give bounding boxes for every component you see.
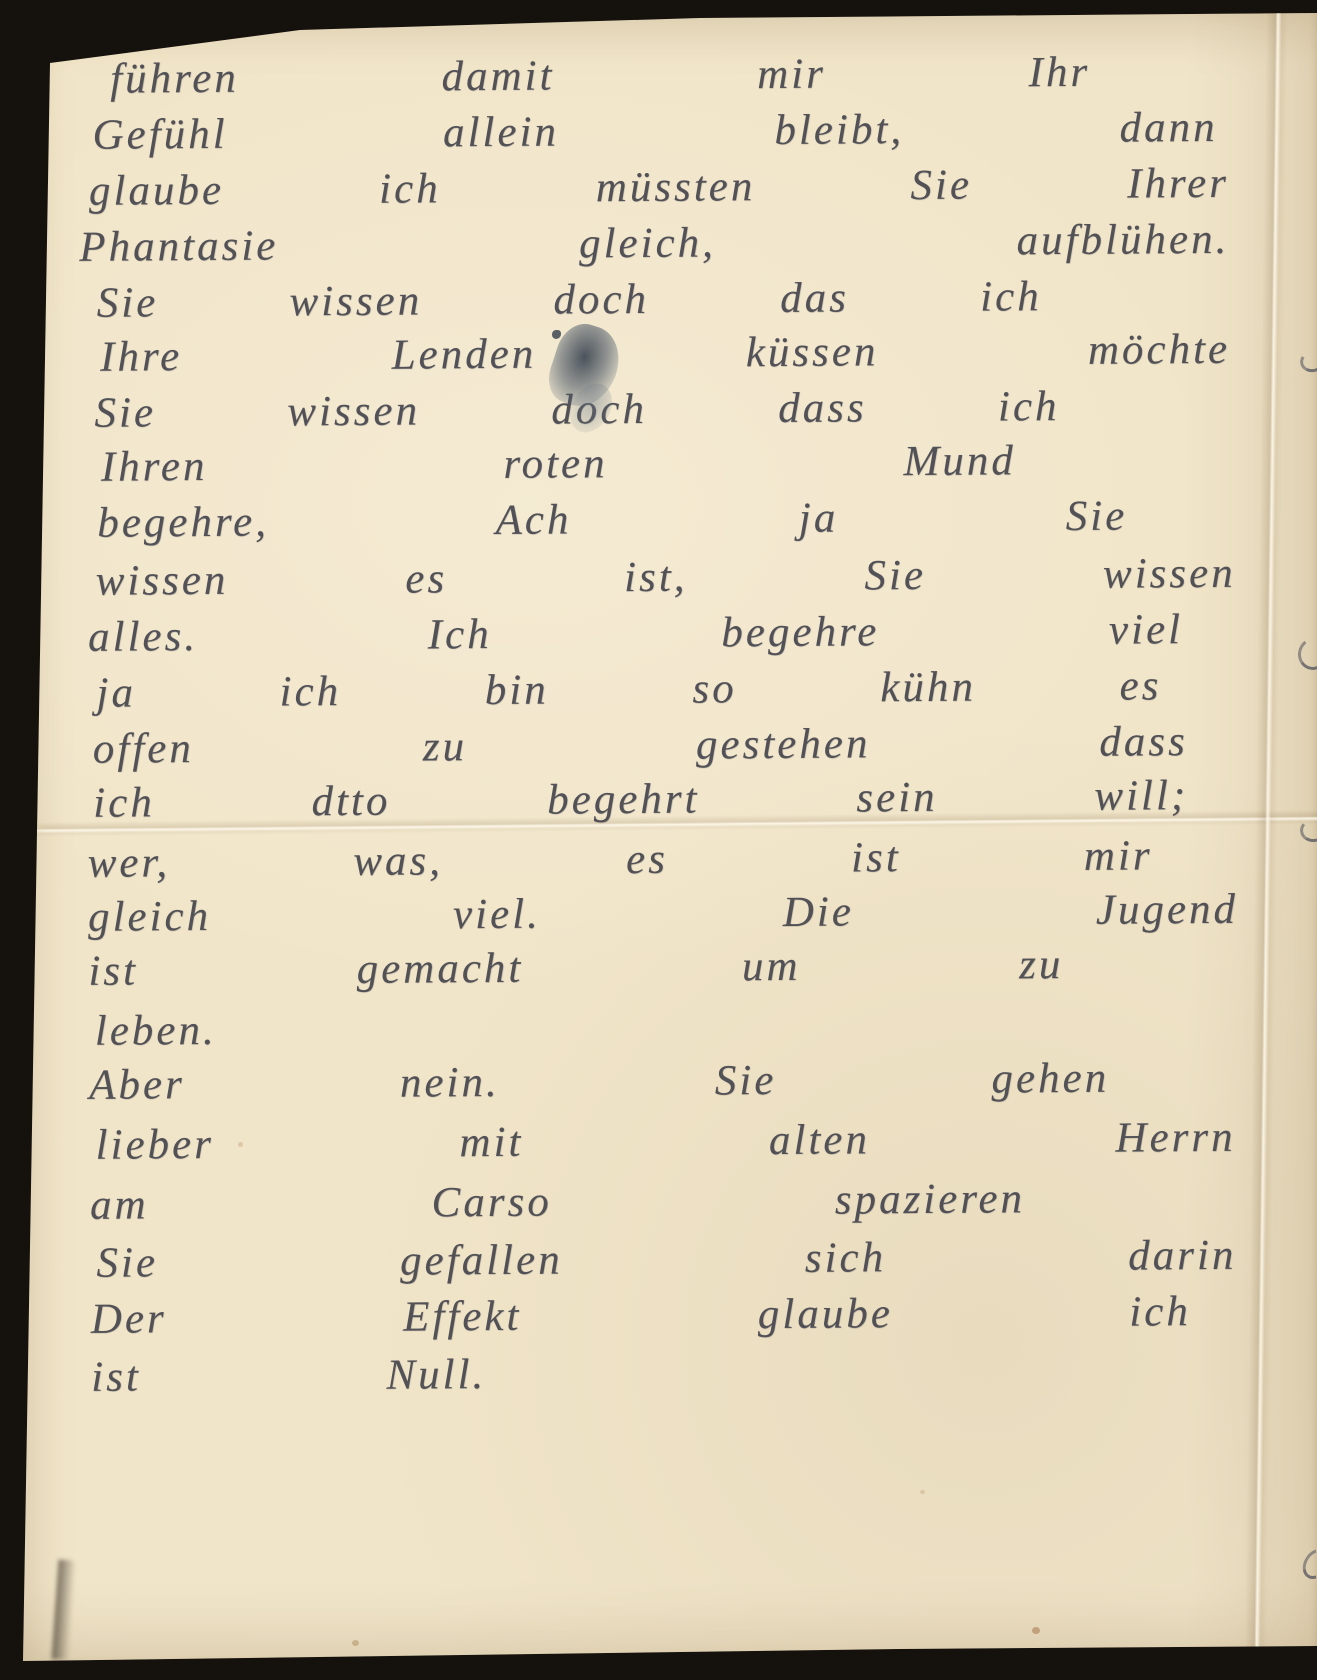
handwriting-line: Sie wissen doch das ich: [97, 269, 1042, 332]
handwriting-line: Sie wissen doch dass ich: [94, 379, 1059, 442]
handwriting-line: offen zu gestehen dass: [93, 714, 1188, 778]
handwriting-line: Sie gefallen sich darin: [96, 1228, 1236, 1292]
photo-background: führen damit mir Ihr Gefühl allein bleib…: [0, 0, 1317, 1680]
handwriting-line: ist gemacht um zu: [88, 937, 1063, 1000]
handwriting-line: ja ich bin so kühn es: [96, 658, 1161, 721]
handwriting-line: alles. Ich begehre viel: [88, 602, 1183, 666]
handwriting-line: am Carso spazieren: [90, 1171, 1025, 1234]
handwriting-line: leben.: [95, 1002, 355, 1060]
handwriting-line: ist Null.: [91, 1347, 486, 1406]
handwriting-line: Phantasie gleich, aufblühen.: [79, 212, 1229, 276]
handwriting-line: Der Effekt glaube ich: [91, 1284, 1191, 1348]
handwriting-line: lieber mit alten Herrn: [95, 1110, 1235, 1174]
handwriting-line: Gefühl allein bleibt, dann: [92, 100, 1217, 164]
handwriting-line: gleich viel. Die Jugend: [88, 882, 1238, 946]
handwriting-line: wer, was, es ist mir: [87, 828, 1152, 891]
handwriting-line: Ihre Lenden küssen möchte: [100, 322, 1230, 386]
handwriting-line: Aber nein. Sie gehen: [89, 1051, 1109, 1114]
handwriting-line: führen damit mir Ihr: [110, 45, 1090, 108]
handwriting-line: ich dtto begehrt sein will;: [93, 768, 1188, 832]
handwriting-line: begehre, Ach ja Sie: [97, 489, 1127, 552]
letter-page: führen damit mir Ihr Gefühl allein bleib…: [0, 0, 1317, 1680]
handwriting-line: wissen es ist, Sie wissen: [95, 546, 1235, 610]
handwriting-line: Ihren roten Mund: [101, 433, 1016, 495]
handwritten-text-block: führen damit mir Ihr Gefühl allein bleib…: [0, 0, 1317, 1680]
handwriting-line: glaube ich müssten Sie Ihrer: [89, 156, 1229, 220]
